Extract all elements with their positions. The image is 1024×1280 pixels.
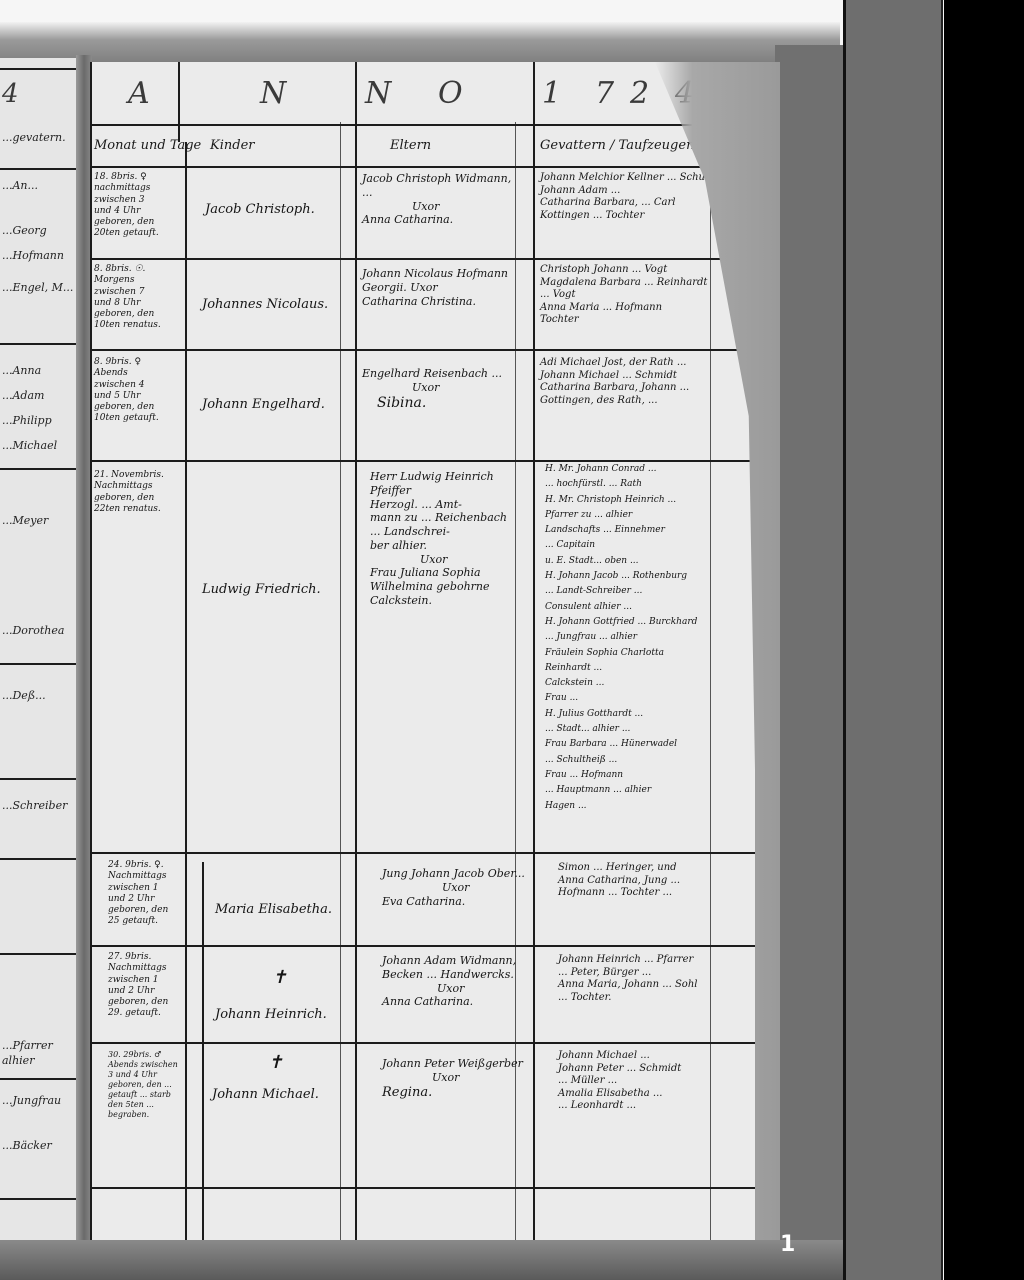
left-text: ...Jungfrau bbox=[2, 1093, 74, 1108]
entry-parents: Johann Adam Widmann,Becken ... Handwerck… bbox=[382, 954, 532, 1009]
column-header-sponsors: Gevattern / Taufzeugen bbox=[540, 138, 694, 153]
left-text: ...Michael bbox=[2, 438, 74, 453]
column-header-parents: Eltern bbox=[390, 138, 431, 153]
header-letter: N bbox=[260, 76, 286, 111]
entry-sponsors: Simon ... Heringer, undAnna Catharina, J… bbox=[558, 862, 758, 900]
entry-child: Johann Heinrich. bbox=[215, 1007, 327, 1023]
left-text: ...Anna bbox=[2, 363, 74, 378]
header-letter: N bbox=[365, 76, 391, 111]
column-header-child: Kinder bbox=[210, 138, 254, 153]
entry-child: Johann Engelhard. bbox=[202, 397, 325, 413]
entry-sponsors: Adi Michael Jost, der Rath ...Johann Mic… bbox=[540, 357, 740, 407]
entry-parents: Engelhard Reisenbach ...UxorSibina. bbox=[362, 367, 512, 412]
left-header-fragment: 4 bbox=[2, 76, 74, 112]
entry-child: Jacob Christoph. bbox=[205, 202, 315, 218]
entry-parents: Herr Ludwig Heinrich PfeifferHerzogl. ..… bbox=[370, 470, 520, 608]
header-letter: 7 bbox=[595, 76, 614, 111]
left-text: ...Philipp bbox=[2, 413, 74, 428]
left-text: ...An... bbox=[2, 178, 74, 193]
entry-sponsors: Johann Michael ...Johann Peter ... Schmi… bbox=[558, 1050, 758, 1113]
left-text: ...Schreiber bbox=[2, 798, 74, 813]
deceased-cross-icon: ✝ bbox=[268, 1052, 283, 1075]
deceased-cross-icon: ✝ bbox=[272, 967, 287, 990]
header-letter: 1 bbox=[542, 76, 561, 111]
left-text: ...Dorothea bbox=[2, 623, 74, 638]
entry-date: 18. 8bris. ♀ nachmittags zwischen 3 und … bbox=[94, 172, 164, 240]
register-page: A N N O 1 7 2 4 115 Monat und Tage Kinde… bbox=[90, 62, 780, 1242]
entry-parents: Jung Johann Jacob Ober...UxorEva Cathari… bbox=[382, 867, 532, 908]
page-edge bbox=[775, 45, 843, 1280]
left-text: ...Georg bbox=[2, 223, 74, 238]
entry-parents: Johann Nicolaus HofmannGeorgii. UxorCath… bbox=[362, 267, 512, 308]
header-letter: O bbox=[438, 76, 463, 111]
book-binding-strip bbox=[843, 0, 943, 1280]
entry-sponsors: H. Mr. Johann Conrad ...... hochfürstl. … bbox=[545, 462, 745, 814]
header-letter: A bbox=[128, 76, 150, 111]
left-text: ...Adam bbox=[2, 388, 74, 403]
entry-date: 24. 9bris. ♀. Nachmittags zwischen 1 und… bbox=[108, 860, 178, 928]
entry-child: Ludwig Friedrich. bbox=[202, 582, 321, 598]
left-text: ...Deß... bbox=[2, 688, 74, 703]
left-text: ...Meyer bbox=[2, 513, 74, 528]
entry-date: 8. 8bris. ☉. Morgens zwischen 7 und 8 Uh… bbox=[94, 264, 164, 332]
left-text: ...Hofmann bbox=[2, 248, 74, 263]
entry-sponsors: Christoph Johann ... VogtMagdalena Barba… bbox=[540, 264, 740, 327]
folio-mark: 1 bbox=[780, 1232, 795, 1257]
bottom-page-shadow bbox=[0, 1240, 843, 1280]
top-page-shadow bbox=[0, 22, 840, 67]
left-text: ...Engel, M... bbox=[2, 280, 74, 295]
entry-date: 21. Novembris. Nachmittags geboren, den … bbox=[94, 470, 164, 515]
entry-parents: Jacob Christoph Widmann, ...UxorAnna Cat… bbox=[362, 172, 512, 227]
left-text: ...Bäcker bbox=[2, 1138, 74, 1153]
entry-date: 8. 9bris. ♀ Abends zwischen 4 und 5 Uhr … bbox=[94, 357, 164, 425]
column-header-date: Monat und Tage bbox=[94, 138, 201, 153]
left-page-fragment: 4 ...gevatern. ...An... ...Georg ...Hofm… bbox=[0, 58, 78, 1248]
entry-date: 27. 9bris. Nachmittags zwischen 1 und 2 … bbox=[108, 952, 178, 1020]
left-text: ...Pfarrer alhier bbox=[2, 1038, 74, 1069]
entry-parents: Johann Peter WeißgerberUxorRegina. bbox=[382, 1057, 532, 1101]
entry-date: 30. 29bris. ♂ Abends zwischen 3 und 4 Uh… bbox=[108, 1050, 178, 1120]
header-letter: 2 bbox=[630, 76, 649, 111]
entry-sponsors: Johann Heinrich ... Pfarrer... Peter, Bü… bbox=[558, 954, 758, 1004]
entry-child: Maria Elisabetha. bbox=[215, 902, 332, 918]
entry-child: Johann Michael. bbox=[212, 1087, 319, 1103]
entry-child: Johannes Nicolaus. bbox=[202, 297, 328, 313]
left-text: ...gevatern. bbox=[2, 130, 74, 145]
